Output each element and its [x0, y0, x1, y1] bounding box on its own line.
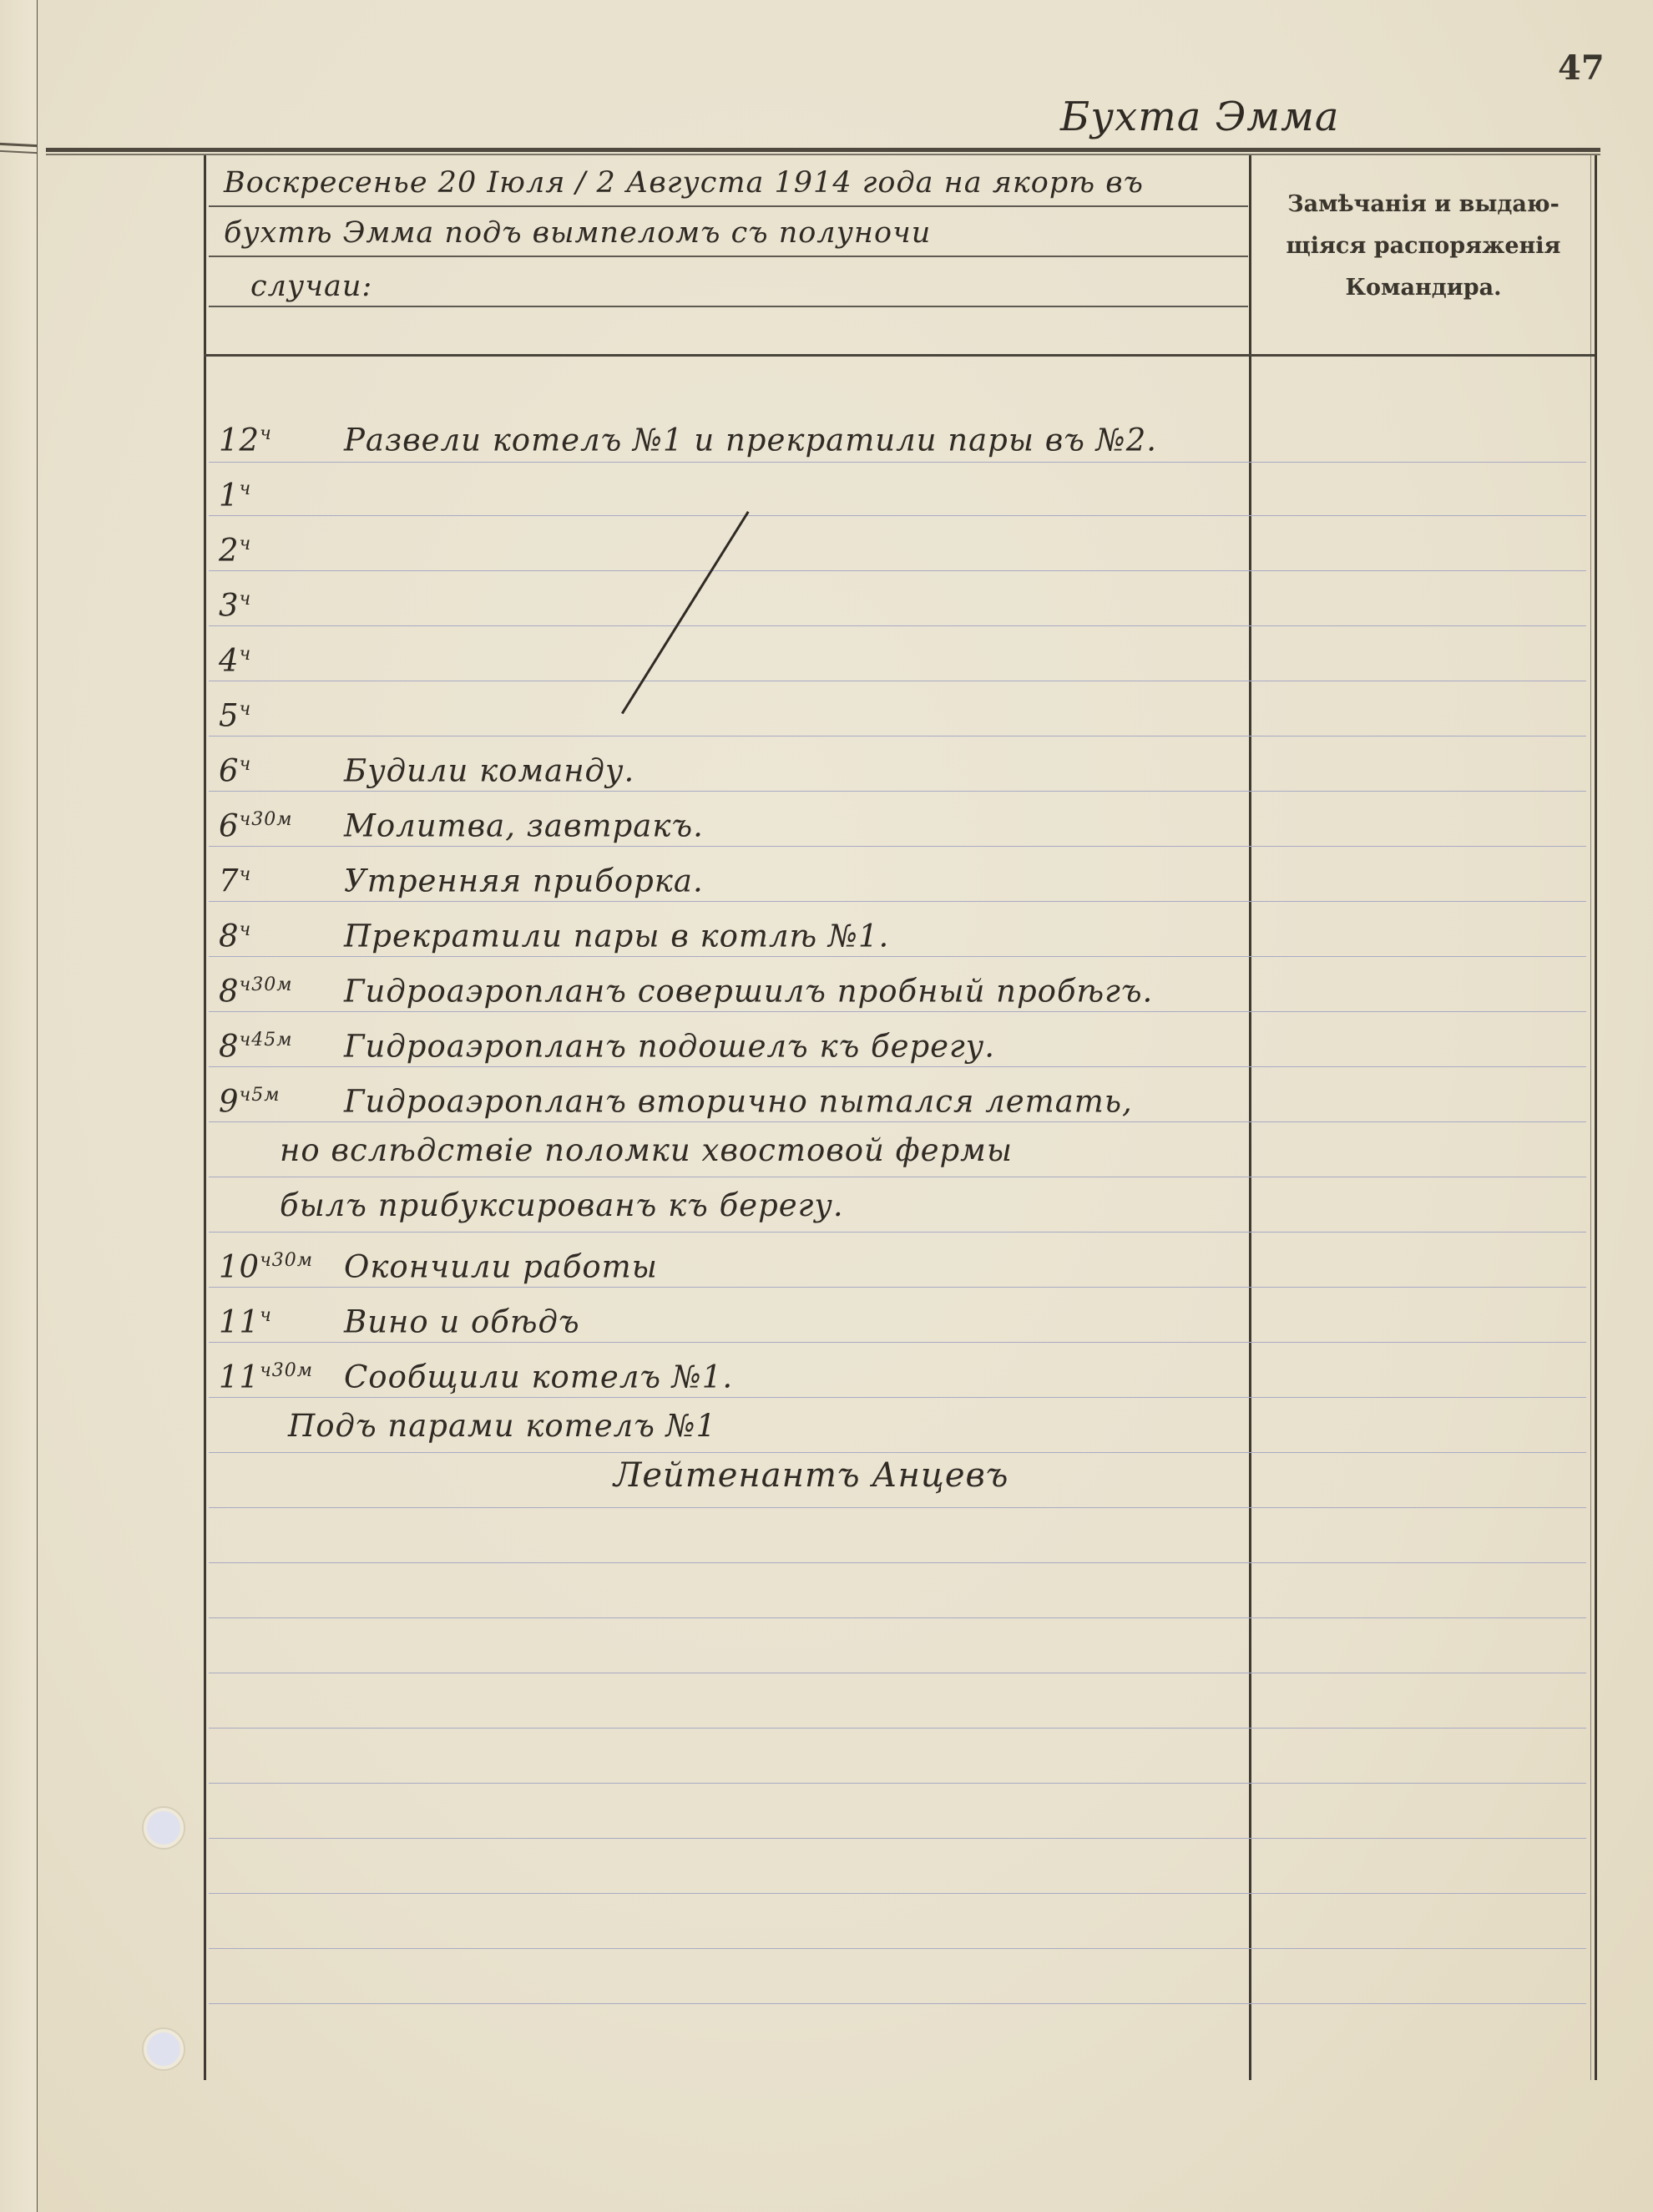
entry-time: 8ч45м — [219, 1013, 344, 1074]
entry-time: 3ч — [219, 572, 344, 633]
ruled-line — [209, 1562, 1586, 1563]
table-right-border — [1595, 155, 1597, 2080]
log-entry: 5ч — [219, 682, 344, 737]
location-heading: Бухта Эмма — [1060, 94, 1340, 140]
ruled-line — [209, 1507, 1586, 1508]
ruled-line — [209, 462, 1586, 463]
entry-text: Гидроаэропланъ совершилъ пробный пробѣгъ… — [344, 973, 1153, 1009]
entry-text: Будили команду. — [344, 752, 634, 788]
header-bottom-rule — [204, 354, 1595, 357]
entry-text: Гидроаэропланъ вторично пытался летать, — [344, 1083, 1133, 1119]
entry-time: 8ч30м — [219, 958, 344, 1019]
table-left-border — [204, 155, 206, 2080]
ruled-line — [209, 2003, 1586, 2004]
log-entry: 2ч — [219, 517, 344, 572]
entry-text: былъ прибуксированъ къ берегу. — [280, 1187, 844, 1223]
entry-text: Сообщили котелъ №1. — [344, 1359, 733, 1395]
log-entry: 8чПрекратили пары в котлѣ №1. — [219, 903, 889, 958]
entry-header-line-3: случаи: — [250, 259, 372, 314]
remarks-column-header: Замѣчанія и выдаю- щіяся распоряженія Ко… — [1256, 184, 1590, 309]
log-entry-continuation: но вслѣдствіе поломки хвостовой фермы — [280, 1123, 1013, 1178]
remarks-header-line-1: Замѣчанія и выдаю- — [1256, 184, 1590, 225]
adjacent-page-rule — [0, 143, 37, 154]
ruled-line — [209, 1783, 1586, 1784]
entry-time: 2ч — [219, 517, 344, 578]
entry-text: Вино и обѣдъ — [344, 1303, 580, 1339]
log-entry-continuation: Подъ парами котелъ №1 — [288, 1399, 716, 1454]
log-entry: 4ч — [219, 627, 344, 682]
ruled-line — [209, 1617, 1586, 1618]
adjacent-page-edge — [0, 0, 38, 2212]
entry-time: 12ч — [219, 407, 344, 468]
ruled-line — [209, 1838, 1586, 1839]
log-entry: 8ч30мГидроаэропланъ совершилъ пробный пр… — [219, 958, 1153, 1013]
ruled-line — [209, 1948, 1586, 1949]
column-divider — [1249, 155, 1251, 2080]
log-entry: 1ч — [219, 462, 344, 517]
log-entry-continuation: былъ прибуксированъ къ берегу. — [280, 1178, 844, 1233]
entry-header-line-1: Воскресенье 20 Іюля / 2 Августа 1914 год… — [224, 155, 1144, 210]
entry-time: 6ч — [219, 737, 344, 798]
ruled-line — [209, 1673, 1586, 1673]
entry-text: Прекратили пары в котлѣ №1. — [344, 918, 889, 954]
ruled-line — [209, 1728, 1586, 1729]
ruled-line — [209, 1893, 1586, 1894]
ruled-line — [209, 681, 1586, 681]
log-entry: 7чУтренняя приборка. — [219, 848, 704, 903]
table-right-border-inner — [1590, 155, 1591, 2080]
entry-text: но вслѣдствіе поломки хвостовой фермы — [280, 1132, 1013, 1168]
page-number: 47 — [1558, 48, 1605, 88]
entry-text: Подъ парами котелъ №1 — [288, 1408, 716, 1444]
entry-time: 7ч — [219, 848, 344, 909]
remarks-header-line-3: Командира. — [1256, 267, 1590, 309]
entry-text: Гидроаэропланъ подошелъ къ берегу. — [344, 1028, 995, 1064]
binder-punch-hole — [144, 2029, 184, 2069]
log-entry: 6ч30мМолитва, завтракъ. — [219, 792, 704, 848]
entry-text: Молитва, завтракъ. — [344, 807, 704, 843]
entry-time: 6ч30м — [219, 792, 344, 853]
log-entry: 12чРазвели котелъ №1 и прекратили пары в… — [219, 407, 1157, 462]
log-entry: 11ч30мСообщили котелъ №1. — [219, 1344, 733, 1399]
entry-time: 4ч — [219, 627, 344, 688]
officer-signature: Лейтенантъ Анцевъ — [614, 1456, 1008, 1495]
remarks-header-line-2: щіяся распоряженія — [1256, 225, 1590, 267]
ruled-line — [209, 515, 1586, 516]
binder-punch-hole — [144, 1808, 184, 1848]
entry-time: 5ч — [219, 682, 344, 743]
entry-header-line-2: бухтѣ Эмма подъ вымпеломъ съ полуночи — [224, 205, 931, 261]
log-entry: 10ч30мОкончили работы — [219, 1233, 658, 1288]
entry-text: Утренняя приборка. — [344, 863, 704, 898]
entry-time: 11ч30м — [219, 1344, 344, 1405]
entry-time: 8ч — [219, 903, 344, 964]
log-entry: 6чБудили команду. — [219, 737, 634, 792]
ruled-line — [209, 625, 1586, 626]
ruled-line — [209, 570, 1586, 571]
log-entry: 8ч45мГидроаэропланъ подошелъ къ берегу. — [219, 1013, 995, 1068]
ruled-line — [209, 736, 1586, 736]
entry-time: 9ч5м — [219, 1068, 344, 1129]
top-double-rule — [46, 148, 1600, 152]
log-entry: 11чВино и обѣдъ — [219, 1288, 580, 1344]
entry-time: 11ч — [219, 1288, 344, 1349]
log-entry: 3ч — [219, 572, 344, 627]
log-entry: 9ч5мГидроаэропланъ вторично пытался лета… — [219, 1068, 1133, 1123]
entry-time: 10ч30м — [219, 1233, 344, 1294]
entry-time: 1ч — [219, 462, 344, 523]
entry-text: Окончили работы — [344, 1248, 658, 1284]
entry-text: Развели котелъ №1 и прекратили пары въ №… — [344, 422, 1157, 458]
